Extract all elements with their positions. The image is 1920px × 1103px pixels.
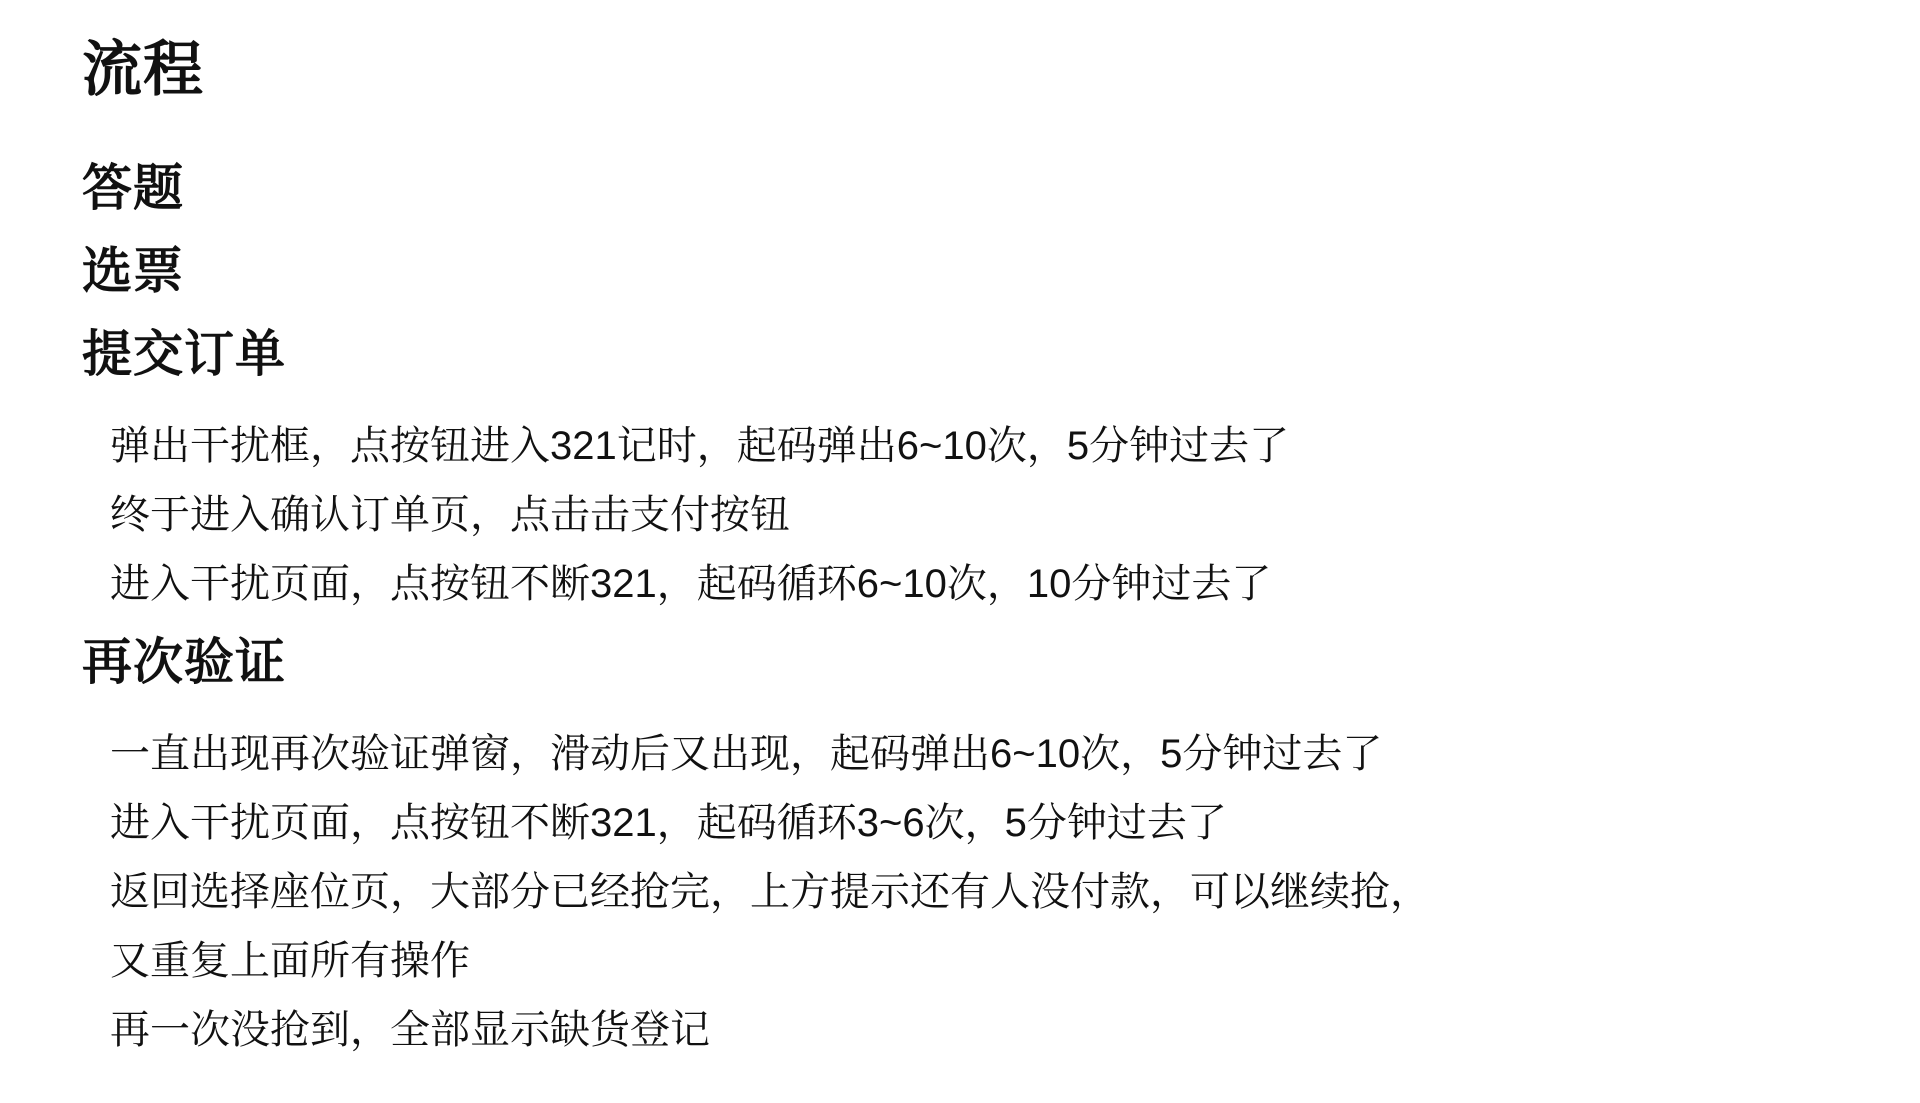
paragraph-line: 一直出现再次验证弹窗，滑动后又出现，起码弹出6~10次，5分钟过去了 (110, 720, 1430, 789)
paragraph-line: 终于进入确认订单页，点击击支付按钮 (110, 481, 1289, 550)
section-heading-select-tickets: 选票 (82, 238, 184, 304)
paragraph-line: 弹出干扰框，点按钮进入321记时，起码弹出6~10次，5分钟过去了 (110, 412, 1289, 481)
paragraph-line: 进入干扰页面，点按钮不断321，起码循环6~10次，10分钟过去了 (110, 550, 1289, 619)
paragraph-line: 再一次没抢到，全部显示缺货登记 (110, 996, 1430, 1065)
section-heading-verify-again: 再次验证 (82, 629, 286, 695)
submit-order-paragraph: 弹出干扰框，点按钮进入321记时，起码弹出6~10次，5分钟过去了 终于进入确认… (82, 412, 1289, 619)
section-heading-answer-questions: 答题 (82, 155, 184, 221)
paragraph-line: 进入干扰页面，点按钮不断321，起码循环3~6次，5分钟过去了 (110, 789, 1430, 858)
document-page: 流程 答题 选票 提交订单 弹出干扰框，点按钮进入321记时，起码弹出6~10次… (0, 0, 1920, 1103)
section-heading-submit-order: 提交订单 (82, 321, 286, 387)
paragraph-line: 返回选择座位页，大部分已经抢完，上方提示还有人没付款，可以继续抢， (110, 858, 1430, 927)
verify-again-paragraph: 一直出现再次验证弹窗，滑动后又出现，起码弹出6~10次，5分钟过去了 进入干扰页… (82, 720, 1430, 1065)
page-title: 流程 (82, 31, 204, 109)
paragraph-line: 又重复上面所有操作 (110, 927, 1430, 996)
